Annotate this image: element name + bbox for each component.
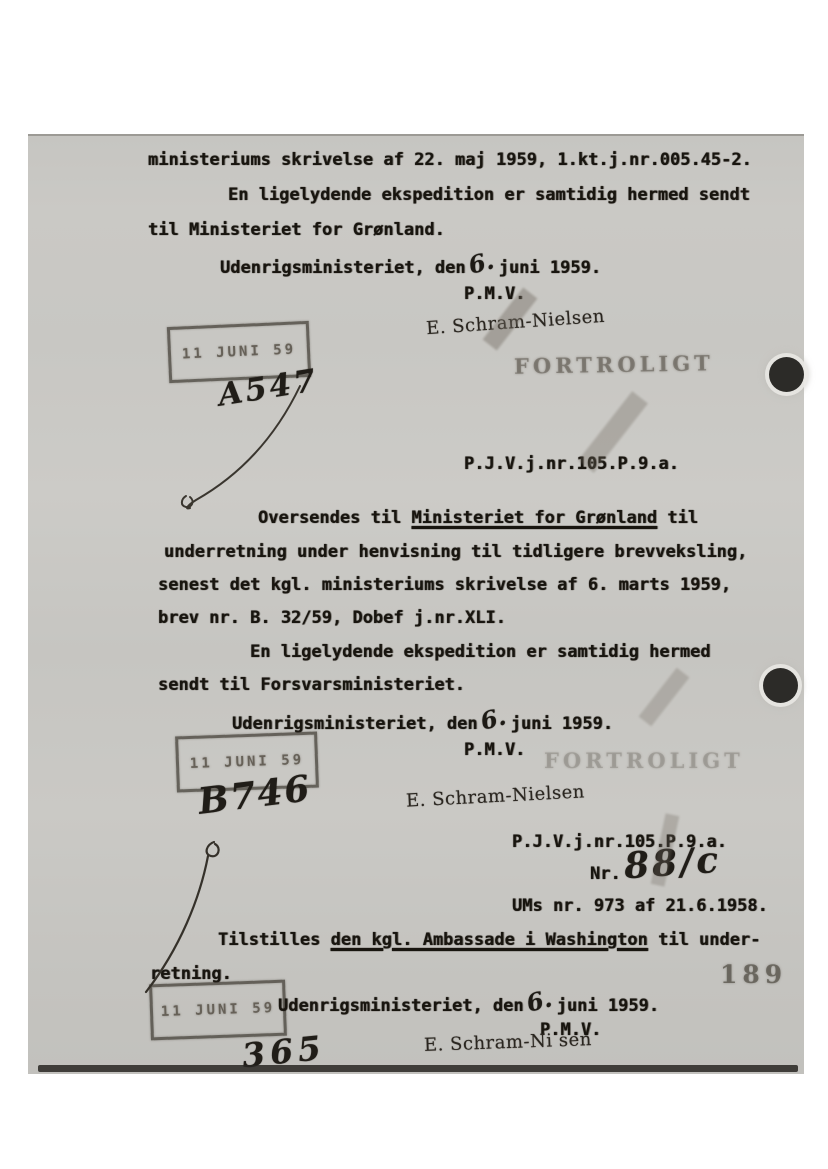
signature: E. Schram-Nielsen bbox=[406, 781, 586, 811]
scanned-document: ministeriums skrivelse af 22. maj 1959, … bbox=[0, 0, 828, 1169]
pen-stroke bbox=[207, 842, 219, 856]
date-text: Udenrigsministeriet, den bbox=[278, 996, 524, 1016]
pmv-line: P.M.V. bbox=[464, 740, 525, 760]
date-stamp-text: 11 JUNI 59 bbox=[161, 1000, 276, 1020]
handwritten-day: 6. bbox=[477, 701, 508, 735]
punch-hole bbox=[769, 357, 804, 392]
date-text: juni 1959. bbox=[499, 258, 601, 278]
handwritten-day: 6. bbox=[465, 245, 496, 279]
doc-text: til under- bbox=[648, 930, 761, 950]
doc-text: Tilstilles bbox=[218, 930, 331, 950]
ums-ref: UMs nr. 973 af 21.6.1958. bbox=[512, 896, 768, 916]
date-line: Udenrigsministeriet, den6.juni 1959. bbox=[278, 988, 659, 1017]
underlined-recipient: Ministeriet for Grønland bbox=[412, 508, 658, 528]
page-number: 189 bbox=[720, 960, 787, 989]
doc-line: senest det kgl. ministeriums skrivelse a… bbox=[158, 575, 731, 595]
handwritten-note: 365 bbox=[240, 1028, 328, 1076]
date-stamp: 11 JUNI 59 bbox=[149, 980, 287, 1041]
nr-label: Nr. bbox=[590, 864, 621, 884]
doc-line: En ligelydende ekspedition er samtidig h… bbox=[250, 642, 711, 662]
underlined-recipient: den kgl. Ambassade i Washington bbox=[331, 930, 648, 950]
date-line: Udenrigsministeriet, den6.juni 1959. bbox=[220, 250, 601, 279]
date-line: Udenrigsministeriet, den6.juni 1959. bbox=[232, 706, 613, 735]
date-text: Udenrigsministeriet, den bbox=[220, 258, 466, 278]
doc-line: sendt til Forsvarsministeriet. bbox=[158, 675, 465, 695]
handwritten-day: 6. bbox=[523, 983, 554, 1017]
pen-stroke bbox=[182, 496, 193, 507]
doc-line: En ligelydende ekspedition er samtidig h… bbox=[228, 185, 750, 205]
doc-line: Oversendes til Ministeriet for Grønland … bbox=[258, 508, 698, 528]
date-text: juni 1959. bbox=[557, 996, 659, 1016]
fortroligt-stamp: FORTROLIGT bbox=[514, 350, 714, 378]
fortroligt-stamp: FORTROLIGT bbox=[544, 748, 744, 773]
document-page: ministeriums skrivelse af 22. maj 1959, … bbox=[28, 134, 804, 1074]
smudge-mark bbox=[639, 668, 690, 727]
date-text: Udenrigsministeriet, den bbox=[232, 714, 478, 734]
doc-line: Tilstilles den kgl. Ambassade i Washingt… bbox=[218, 930, 760, 950]
doc-line: underretning under henvisning til tidlig… bbox=[164, 542, 747, 562]
doc-text: Oversendes til bbox=[258, 508, 412, 528]
date-text: juni 1959. bbox=[511, 714, 613, 734]
doc-line: brev nr. B. 32/59, Dobef j.nr.XLI. bbox=[158, 608, 506, 628]
punch-hole bbox=[763, 668, 798, 703]
doc-line: ministeriums skrivelse af 22. maj 1959, … bbox=[148, 150, 752, 170]
doc-line: til Ministeriet for Grønland. bbox=[148, 220, 445, 240]
journal-ref: P.J.V.j.nr.105.P.9.a. bbox=[464, 454, 679, 474]
signature: E. Schram-Ni sen bbox=[424, 1029, 592, 1056]
doc-text: til bbox=[657, 508, 698, 528]
date-stamp-text: 11 JUNI 59 bbox=[182, 342, 297, 363]
